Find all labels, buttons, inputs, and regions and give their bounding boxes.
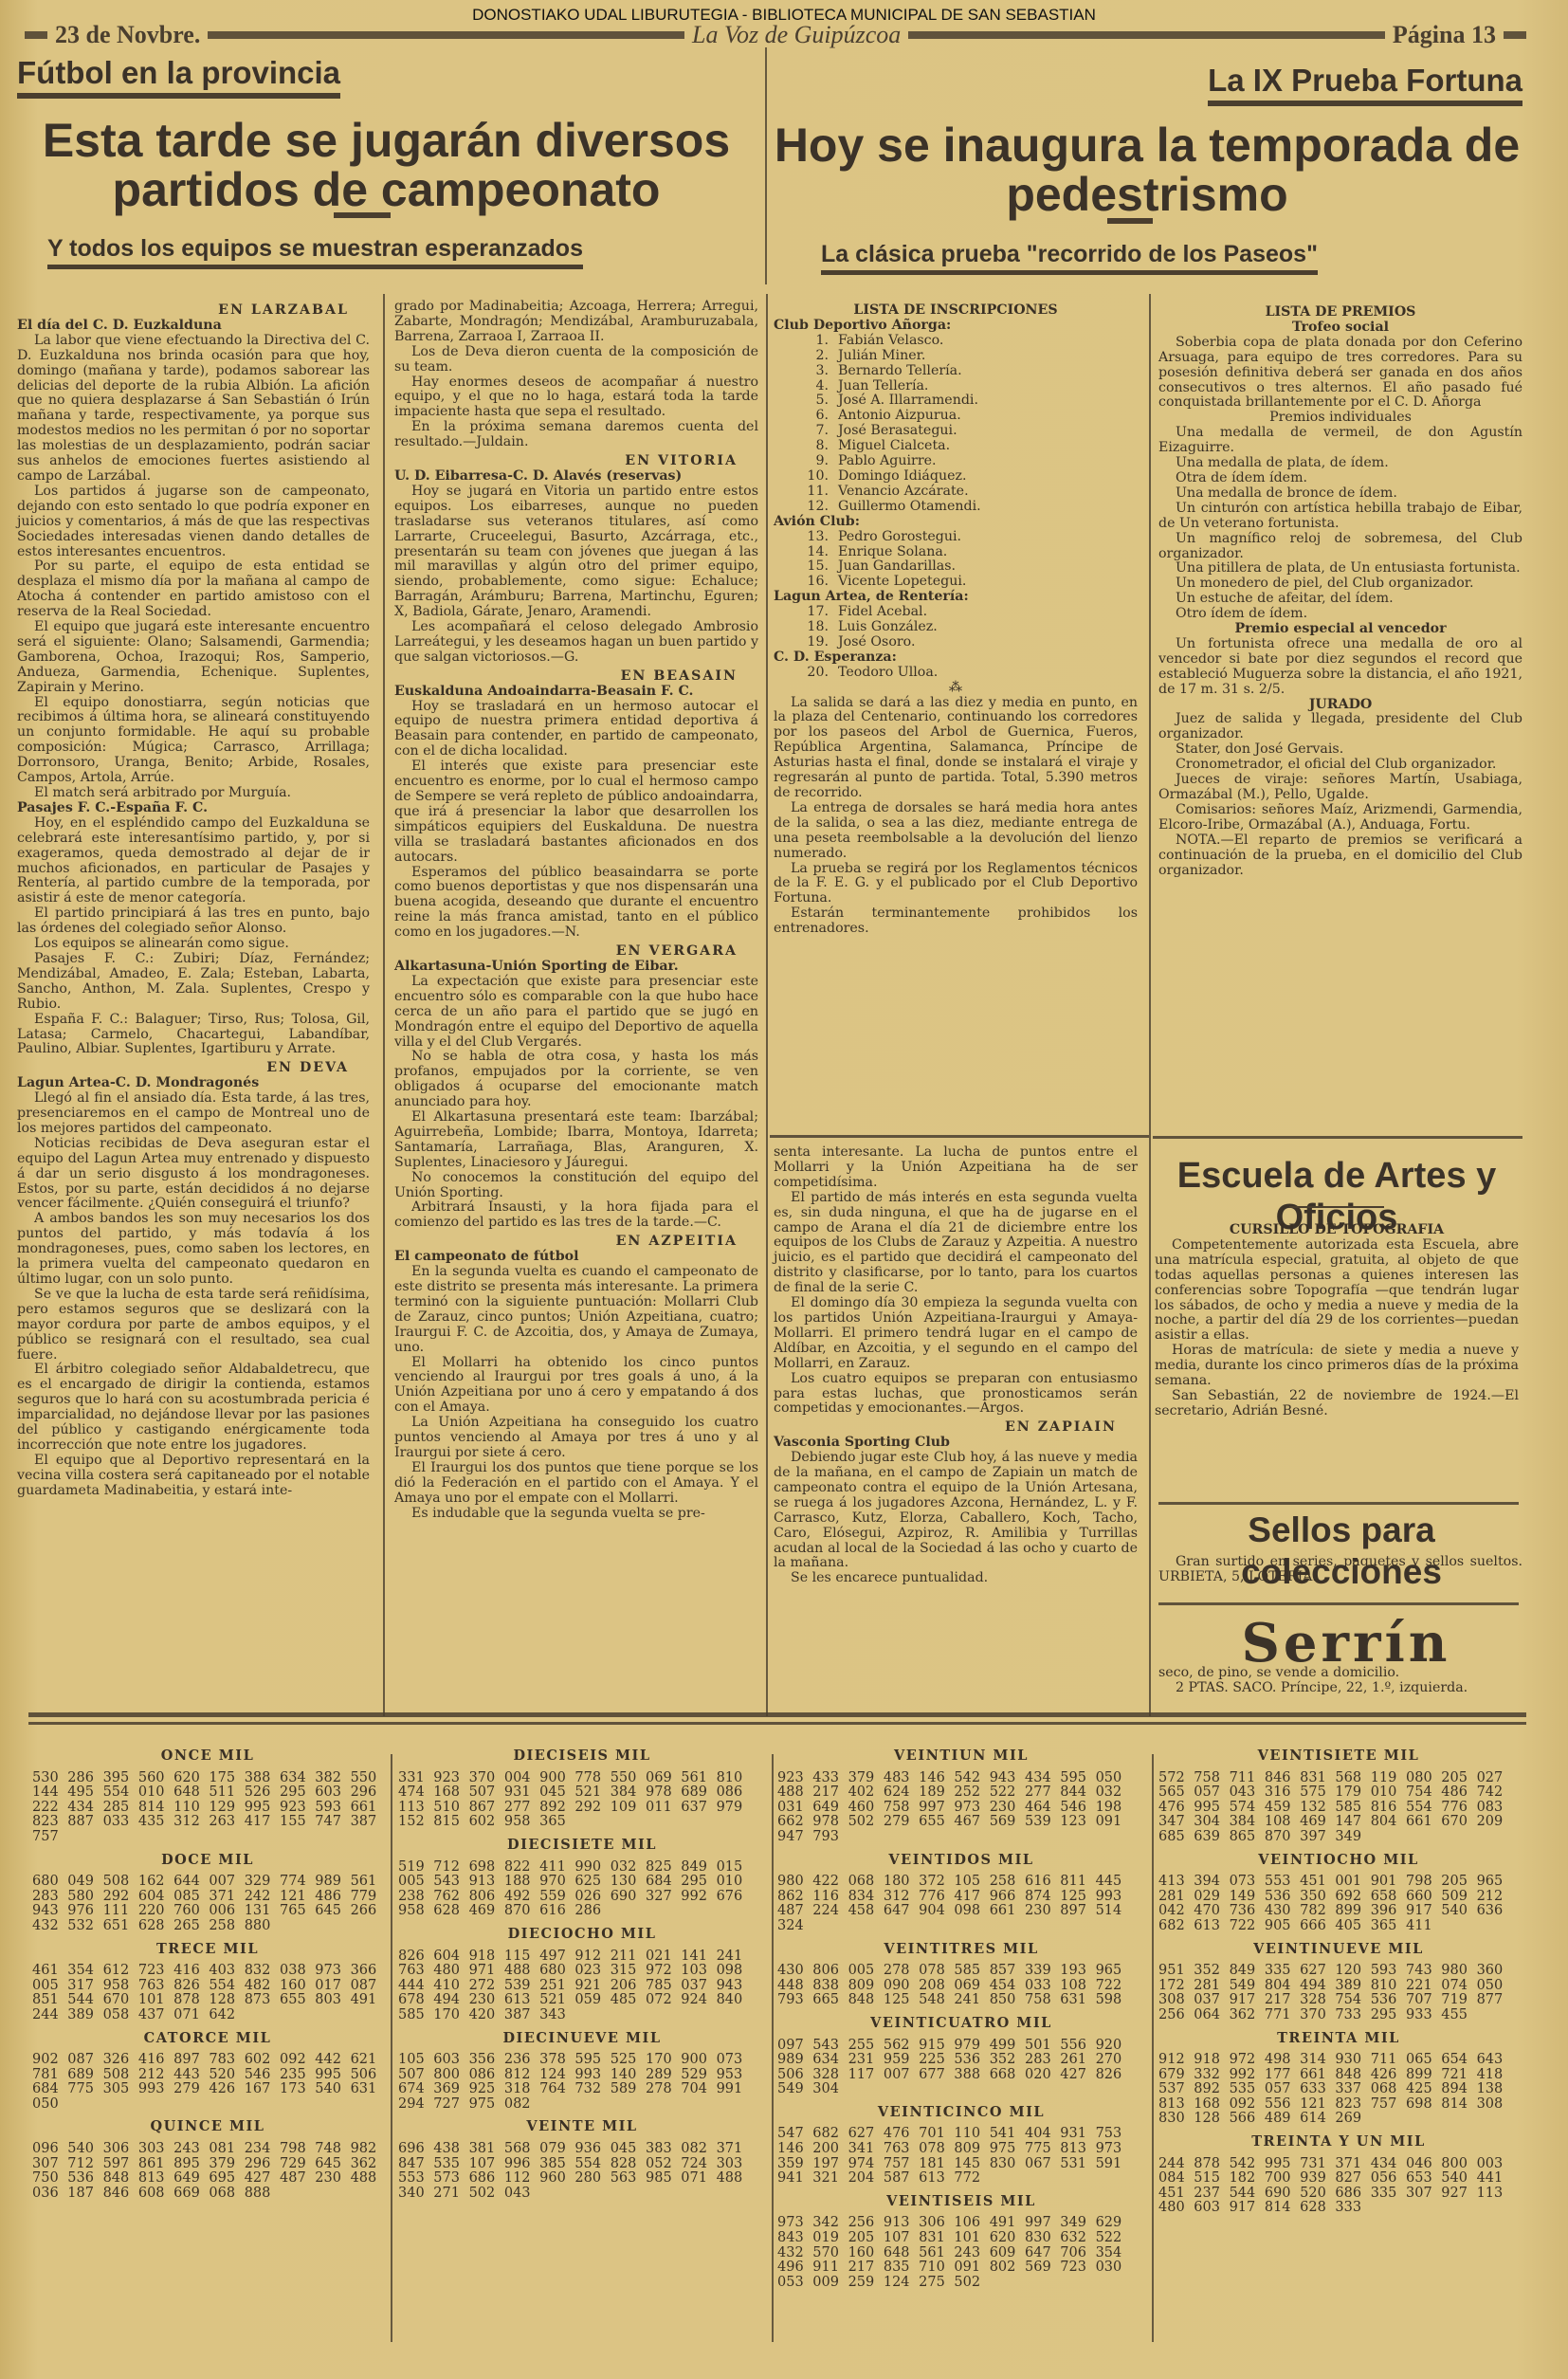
headline-rule [1107,218,1153,224]
prize-item: Un estuche de afeitar, del ídem. [1158,592,1522,607]
column-divider [766,294,768,1716]
runner-entry: 4.Juan Tellería. [774,379,1138,394]
prize-item: Otro ídem de ídem. [1158,607,1522,622]
runner-name: Guillermo Otamendi. [838,499,981,514]
jury-item: Jueces de viraje: señores Martín, Usabia… [1158,773,1522,803]
runner-number: 18. [774,620,838,635]
article-paragraph: El equipo donostiarra, según noticias qu… [17,696,370,786]
lottery-thousand-heading: VEINTINUEVE MIL [1158,1942,1519,1957]
masthead-rule [25,31,47,39]
runner-number: 5. [774,393,838,409]
lottery-number-list: 530 286 395 560 620 175 388 634 382 550 … [32,1771,383,1845]
lottery-thousand-heading: VEINTIDOS MIL [777,1853,1145,1868]
lottery-number-list: 696 438 381 568 079 936 045 383 082 371 … [398,2142,766,2201]
article-paragraph: Esperamos del público beasaindarra se po… [394,866,758,942]
article-paragraph: Los equipos se alinearán como sigue. [17,937,370,952]
article-paragraph: Les acompañará el celoso delegado Ambros… [394,620,758,666]
headline-pedestrismo: Hoy se inaugura la temporada de pedestri… [768,120,1526,219]
runner-number: 17. [774,605,838,620]
runner-number: 9. [774,454,838,469]
lottery-thousand-heading: DOCE MIL [32,1853,383,1868]
lottery-thousand-heading: DIECINUEVE MIL [398,2031,766,2046]
column-divider [772,1754,774,2342]
article-paragraph: El Iraurgui los dos puntos que tiene por… [394,1461,758,1507]
runner-number: 14. [774,545,838,560]
place-heading: EN LARZABAL [17,303,370,319]
runner-name: Juan Gandarillas. [838,558,956,574]
section-label-football: Fútbol en la provincia [17,55,340,99]
lottery-thousand-heading: VEINTISEIS MIL [777,2194,1145,2209]
lottery-thousand-heading: QUINCE MIL [32,2119,383,2134]
individual-prizes-list: Una medalla de vermeil, de don Agustín E… [1158,426,1522,622]
club-name: Avión Club: [774,515,1138,530]
lottery-number-list: 902 087 326 416 897 783 602 092 442 621 … [32,2053,383,2112]
masthead: 23 de Novbre. La Voz de Guipúzcoa Página… [17,21,1534,49]
match-heading: Pasajes F. C.-España F. C. [17,801,370,816]
inscriptions-title: LISTA DE INSCRIPCIONES [774,303,1138,319]
lottery-thousand-heading: VEINTISIETE MIL [1158,1748,1519,1764]
article-paragraph: La expectación que existe para presencia… [394,975,758,1051]
column-divider [1152,1754,1154,2342]
page-number: Página 13 [1393,21,1496,49]
ad-paragraph: Competentemente autorizada esta Escuela,… [1155,1238,1519,1344]
match-heading: Euskalduna Andoaindarra-Beasain F. C. [394,685,758,700]
special-prize-title: Premio especial al vencedor [1158,622,1522,637]
runner-name: Enrique Solana. [838,544,947,559]
place-heading: EN ZAPIAIN [774,1420,1138,1436]
runner-name: Venancio Azcárate. [838,484,969,499]
runner-entry: 17.Fidel Acebal. [774,605,1138,620]
jury-item: NOTA.—El reparto de premios se verificar… [1158,833,1522,879]
lottery-thousand-heading: ONCE MIL [32,1748,383,1764]
runner-number: 7. [774,424,838,439]
runner-name: José Berasategui. [838,423,957,438]
lottery-divider [28,1722,1526,1725]
article-paragraph: Hoy, en el espléndido campo del Euzkaldu… [17,816,370,906]
place-heading: EN DEVA [17,1061,370,1076]
ad-serrin-line1: seco, de pino, se vende a domicilio. [1158,1666,1522,1681]
runner-entry: 20.Teodoro Ulloa. [774,666,1138,681]
lottery-number-list: 572 758 711 846 831 568 119 080 205 027 … [1158,1771,1519,1845]
ad-paragraph: San Sebastián, 22 de noviembre de 1924.—… [1155,1389,1519,1419]
ad-escuela-paragraphs: Competentemente autorizada esta Escuela,… [1155,1238,1519,1419]
runner-entry: 3.Bernardo Tellería. [774,364,1138,379]
club-name: Lagun Artea, de Rentería: [774,590,1138,605]
runner-number: 10. [774,469,838,485]
lottery-thousand-heading: DIECISIETE MIL [398,1838,766,1853]
runner-name: Fabián Velasco. [838,333,943,348]
article-paragraph: El partido de más interés en esta segund… [774,1191,1138,1296]
prize-item: Una medalla de vermeil, de don Agustín E… [1158,426,1522,456]
lottery-number-list: 461 354 612 723 416 403 832 038 973 366 … [32,1964,383,2022]
article-paragraph: La Unión Azpeitiana ha conseguido los cu… [394,1416,758,1461]
section-divider [770,1135,1149,1138]
article-paragraph: El Alkartasuna presentará este team: Iba… [394,1110,758,1171]
article-paragraph: El equipo que al Deportivo representará … [17,1454,370,1499]
prize-item: Otra de ídem ídem. [1158,471,1522,486]
headline-football: Esta tarde se jugarán diversos partidos … [9,116,763,214]
lottery-number-list: 973 342 256 913 306 106 491 997 349 629 … [777,2216,1145,2290]
inscriptions-list: Club Deportivo Añorga:1.Fabián Velasco.2… [774,319,1138,681]
article-paragraph: La prueba se regirá por los Reglamentos … [774,862,1138,907]
trofeo-title: Trofeo social [1158,320,1522,336]
runner-entry: 16.Vicente Lopetegui. [774,575,1138,590]
masthead-rule [908,31,1385,39]
ornament: ⁂ [774,681,1138,696]
club-name: C. D. Esperanza: [774,650,1138,666]
ad-serrin-line2: 2 PTAS. SACO. Príncipe, 22, 1.º, izquier… [1158,1681,1522,1696]
jury-list: Juez de salida y llegada, presidente del… [1158,712,1522,878]
masthead-rule [208,31,684,39]
article-paragraph: Por su parte, el equipo de esta entidad … [17,559,370,620]
runner-entry: 19.José Osoro. [774,635,1138,650]
football-column-2: grado por Madinabeitia; Azcoaga, Herrera… [394,300,758,1522]
runner-name: Pedro Gorostegui. [838,529,961,544]
article-paragraph: El Mollarri ha obtenido los cinco puntos… [394,1356,758,1417]
club-name: Club Deportivo Añorga: [774,319,1138,334]
runner-number: 15. [774,559,838,575]
lottery-thousand-heading: VEINTE MIL [398,2119,766,2134]
article-paragraph: A ambos bandos les son muy necesarios lo… [17,1212,370,1288]
runner-name: Vicente Lopetegui. [838,574,966,589]
runner-entry: 15.Juan Gandarillas. [774,559,1138,575]
article-paragraph: Hay enormes deseos de acompañar á nuestr… [394,375,758,421]
lottery-thousand-heading: VEINTIOCHO MIL [1158,1853,1519,1868]
runner-entry: 2.Julián Miner. [774,349,1138,364]
article-paragraph: En la próxima semana daremos cuenta del … [394,420,758,450]
runner-name: Domingo Idiáquez. [838,468,966,484]
lottery-number-list: 951 352 849 335 627 120 593 743 980 360 … [1158,1964,1519,2022]
prize-item: Un magnífico reloj de sobremesa, del Clu… [1158,532,1522,562]
lottery-thousand-heading: DIECIOCHO MIL [398,1927,766,1942]
ad-escuela-body: CURSILLO DE TOPOGRAFIA Competentemente a… [1155,1223,1519,1419]
article-paragraph: senta interesante. La lucha de puntos en… [774,1145,1138,1191]
ad-sellos-text: Gran surtido en series, paquetes y sello… [1158,1555,1522,1585]
ad-serrin-body: seco, de pino, se vende a domicilio. 2 P… [1158,1666,1522,1696]
section-divider [1153,1136,1522,1139]
newspaper-name: La Voz de Guipúzcoa [692,21,901,49]
runner-entry: 14.Enrique Solana. [774,545,1138,560]
ad-escuela-subtitle: CURSILLO DE TOPOGRAFIA [1155,1223,1519,1238]
lottery-thousand-heading: VEINTIUN MIL [777,1748,1145,1764]
prize-item: Una pitillera de plata, de Un entusiasta… [1158,561,1522,576]
lottery-number-list: 413 394 073 553 451 001 901 798 205 965 … [1158,1875,1519,1933]
lottery-number-list: 096 540 306 303 243 081 234 798 748 982 … [32,2142,383,2201]
prize-item: Una medalla de plata, de ídem. [1158,456,1522,471]
lottery-number-list: 331 923 370 004 900 778 550 069 561 810 … [398,1771,766,1830]
article-paragraph: Se ve que la lucha de esta tarde será re… [17,1288,370,1363]
runner-name: Juan Tellería. [838,378,928,393]
ad-sellos-body: Gran surtido en series, paquetes y sello… [1158,1555,1522,1585]
runner-entry: 6.Antonio Aizpurua. [774,409,1138,424]
match-heading: El campeonato de fútbol [394,1250,758,1265]
runner-number: 2. [774,349,838,364]
runner-name: Luis González. [838,619,938,634]
place-heading: EN AZPEITIA [394,1235,758,1250]
lottery-number-list: 430 806 005 278 078 585 857 339 193 965 … [777,1964,1145,2008]
lottery-number-list: 980 422 068 180 372 105 258 616 811 445 … [777,1875,1145,1933]
runner-entry: 13.Pedro Gorostegui. [774,530,1138,545]
jury-item: Stater, don José Gervais. [1158,742,1522,758]
runner-entry: 7.José Berasategui. [774,424,1138,439]
runner-name: Antonio Aizpurua. [838,408,961,423]
match-heading: U. D. Eibarresa-C. D. Alavés (reservas) [394,469,758,485]
headline-rule [334,212,391,218]
runner-number: 16. [774,575,838,590]
subheadline-football: Y todos los equipos se muestran esperanz… [47,235,583,269]
lottery-number-list: 680 049 508 162 644 007 329 774 989 561 … [32,1875,383,1933]
article-paragraph: No conocemos la constitución del equipo … [394,1171,758,1201]
runner-entry: 18.Luis González. [774,620,1138,635]
runner-name: Miguel Cialceta. [838,438,950,453]
section-label-fortuna: La IX Prueba Fortuna [1208,63,1522,106]
jury-item: Cronometrador, el oficial del Club organ… [1158,758,1522,773]
runner-number: 19. [774,635,838,650]
runner-number: 12. [774,500,838,515]
lottery-column-3: VEINTIUN MIL923 433 379 483 146 542 943 … [777,1741,1145,2290]
place-heading: EN BEASAIN [394,669,758,685]
article-paragraph: Los de Deva dieron cuenta de la composic… [394,345,758,375]
runner-name: Teodoro Ulloa. [838,665,938,680]
runner-name: José Osoro. [838,634,915,650]
column-divider [383,294,385,1716]
article-paragraph: La labor que viene efectuando la Directi… [17,334,370,485]
lottery-number-list: 519 712 698 822 411 990 032 825 849 015 … [398,1860,766,1919]
article-paragraph: Estarán terminantemente prohibidos los e… [774,906,1138,937]
article-paragraph: Los cuatro equipos se preparan con entus… [774,1372,1138,1418]
masthead-rule [1504,31,1526,39]
column-divider [391,1754,392,2342]
runner-number: 6. [774,409,838,424]
runner-entry: 1.Fabián Velasco. [774,334,1138,349]
article-paragraph: El equipo que jugará este interesante en… [17,620,370,696]
article-paragraph: En la segunda vuelta es cuando el campeo… [394,1265,758,1355]
lottery-number-list: 912 918 972 498 314 930 711 065 654 643 … [1158,2053,1519,2127]
article-paragraph: Llegó al fin el ansiado día. Esta tarde,… [17,1091,370,1137]
article-paragraph: grado por Madinabeitia; Azcoaga, Herrera… [394,300,758,345]
lottery-thousand-heading: VEINTICUATRO MIL [777,2016,1145,2031]
lottery-number-list: 244 878 542 995 731 371 434 046 800 003 … [1158,2157,1519,2216]
runner-name: Julián Miner. [838,348,925,363]
article-paragraph: España F. C.: Balaguer; Tirso, Rus; Tolo… [17,1013,370,1058]
ad-rule [1289,1206,1384,1208]
fortuna-body: La salida se dará a las diez y media en … [774,696,1138,938]
jury-item: Juez de salida y llegada, presidente del… [1158,712,1522,742]
runner-number: 3. [774,364,838,379]
runner-name: Bernardo Tellería. [838,363,962,378]
fortuna-prizes-column: LISTA DE PREMIOS Trofeo social Soberbia … [1158,305,1522,878]
lottery-number-list: 105 603 356 236 378 595 525 170 900 073 … [398,2053,766,2112]
lottery-column-4: VEINTISIETE MIL572 758 711 846 831 568 1… [1158,1741,1519,2216]
jury-item: Comisarios: señores Maíz, Arizmendi, Gar… [1158,803,1522,833]
article-paragraph: La entrega de dorsales se hará media hor… [774,801,1138,862]
lottery-number-list: 826 604 918 115 497 912 211 021 141 241 … [398,1949,766,2023]
runner-entry: 9.Pablo Aguirre. [774,454,1138,469]
article-paragraph: Hoy se trasladará en un hermoso autocar … [394,700,758,760]
runner-name: José A. Illarramendi. [838,393,978,408]
lottery-number-list: 547 682 627 476 701 110 541 404 931 753 … [777,2127,1145,2186]
column-divider [765,47,767,284]
prizes-title: LISTA DE PREMIOS [1158,305,1522,320]
lottery-divider [28,1712,1526,1717]
runner-number: 1. [774,334,838,349]
football-column-1: EN LARZABALEl día del C. D. EuzkaldunaLa… [17,300,370,1499]
lottery-thousand-heading: TREINTA MIL [1158,2031,1519,2046]
lottery-number-list: 923 433 379 483 146 542 943 434 595 050 … [777,1771,1145,1845]
place-heading: EN VITORIA [394,454,758,469]
article-paragraph: Hoy se jugará en Vitoria un partido entr… [394,485,758,620]
runner-name: Fidel Acebal. [838,604,927,619]
runner-name: Pablo Aguirre. [838,453,937,468]
article-paragraph: Debiendo jugar este Club hoy, á las nuev… [774,1451,1138,1571]
article-paragraph: Noticias recibidas de Deva aseguran esta… [17,1137,370,1213]
article-paragraph: Es indudable que la segunda vuelta se pr… [394,1507,758,1522]
article-paragraph: Se les encarece puntualidad. [774,1571,1138,1586]
match-heading: Lagun Artea-C. D. Mondragonés [17,1076,370,1091]
match-heading: Alkartasuna-Unión Sporting de Eibar. [394,960,758,975]
article-paragraph: El árbitro colegiado señor Aldabaldetrec… [17,1363,370,1453]
ad-divider [1158,1502,1519,1505]
prize-item: Un monedero de piel, del Club organizado… [1158,576,1522,592]
issue-date: 23 de Novbre. [55,21,200,49]
lottery-thousand-heading: VEINTITRES MIL [777,1942,1145,1957]
lottery-thousand-heading: CATORCE MIL [32,2031,383,2046]
runner-entry: 11.Venancio Azcárate. [774,485,1138,500]
trofeo-text: Soberbia copa de plata donada por don Ce… [1158,336,1522,412]
prize-item: Una medalla de bronce de ídem. [1158,486,1522,502]
ad-divider [1158,1602,1519,1605]
lottery-thousand-heading: TREINTA Y UN MIL [1158,2134,1519,2150]
subheadline-pedestrismo: La clásica prueba "recorrido de los Pase… [821,241,1318,275]
article-paragraph: El partido principiará á las tres en pun… [17,906,370,937]
lottery-thousand-heading: VEINTICINCO MIL [777,2105,1145,2120]
runner-entry: 8.Miguel Cialceta. [774,439,1138,454]
special-prize-text: Un fortunista ofrece una medalla de oro … [1158,637,1522,698]
article-paragraph: El domingo día 30 empieza la segunda vue… [774,1296,1138,1372]
runner-entry: 12.Guillermo Otamendi. [774,500,1138,515]
article-paragraph: Los partidos á jugarse son de campeonato… [17,485,370,560]
place-heading: EN VERGARA [394,944,758,960]
runner-number: 8. [774,439,838,454]
lottery-column-1: ONCE MIL530 286 395 560 620 175 388 634 … [32,1741,383,2201]
lottery-thousand-heading: DIECISEIS MIL [398,1748,766,1764]
article-paragraph: La salida se dará a las diez y media en … [774,696,1138,801]
column-divider [1149,294,1151,1716]
runner-number: 11. [774,485,838,500]
jury-title: JURADO [1158,698,1522,713]
article-paragraph: Arbitrará Insausti, y la hora fijada par… [394,1200,758,1231]
lottery-number-list: 097 543 255 562 915 979 499 501 556 920 … [777,2039,1145,2097]
runner-number: 13. [774,530,838,545]
runner-entry: 10.Domingo Idiáquez. [774,469,1138,485]
individual-prizes-title: Premios individuales [1158,411,1522,426]
runner-number: 20. [774,666,838,681]
prize-item: Un cinturón con artística hebilla trabaj… [1158,502,1522,532]
article-paragraph: El interés que existe para presenciar es… [394,759,758,865]
lottery-column-2: DIECISEIS MIL331 923 370 004 900 778 550… [398,1741,766,2201]
lottery-thousand-heading: TRECE MIL [32,1942,383,1957]
match-heading: Vasconia Sporting Club [774,1436,1138,1451]
library-watermark: DONOSTIAKO UDAL LIBURUTEGIA - BIBLIOTECA… [0,6,1568,25]
article-paragraph: No se habla de otra cosa, y hasta los má… [394,1050,758,1110]
football-column-3: senta interesante. La lucha de puntos en… [774,1145,1138,1586]
article-paragraph: Pasajes F. C.: Zubiri; Díaz, Fernández; … [17,952,370,1013]
article-paragraph: El match será arbitrado por Murguía. [17,786,370,801]
ad-paragraph: Horas de matrícula: de siete y media a n… [1155,1344,1519,1389]
runner-entry: 5.José A. Illarramendi. [774,393,1138,409]
runner-number: 4. [774,379,838,394]
match-heading: El día del C. D. Euzkalduna [17,319,370,334]
fortuna-inscriptions-column: LISTA DE INSCRIPCIONES Club Deportivo Añ… [774,303,1138,937]
